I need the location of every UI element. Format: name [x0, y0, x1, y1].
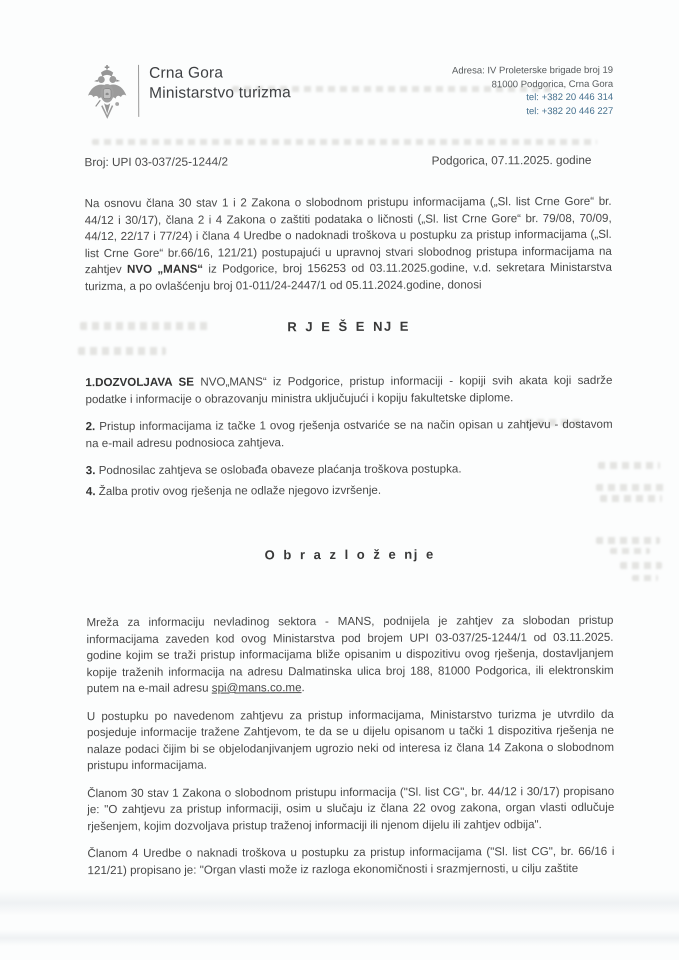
coat-of-arms-icon — [84, 63, 130, 129]
preamble-paragraph: Na osnovu člana 30 stav 1 i 2 Zakona o s… — [85, 194, 612, 295]
email-link[interactable]: spi@mans.co.me — [212, 681, 302, 694]
explanation-text: Mreža za informaciju nevladinog sektora … — [86, 614, 613, 695]
decision-item-text: Pristup informacijama iz tačke 1 ovog rj… — [86, 418, 613, 450]
decision-item-2: 2. Pristup informacijama iz tačke 1 ovog… — [86, 417, 613, 452]
ministry-brand: Crna Gora Ministarstvo turizma — [84, 60, 291, 129]
org-ministry: Ministarstvo turizma — [149, 83, 291, 104]
explanation-paragraph-3: Članom 30 stav 1 Zakona o slobodnom pris… — [87, 783, 614, 835]
document-body: Na osnovu člana 30 stav 1 i 2 Zakona o s… — [85, 194, 615, 879]
letterhead: Crna Gora Ministarstvo turizma Adresa: I… — [84, 59, 613, 129]
decision-item-number: 1.DOZVOLJAVA SE — [85, 376, 194, 389]
phone-line: tel: +382 20 446 227 — [452, 104, 613, 118]
decision-item-1: 1.DOZVOLJAVA SE NVO„MANS“ iz Podgorice, … — [85, 373, 612, 408]
requester-name: NVO „MANS“ — [127, 263, 203, 276]
explanation-paragraph-4: Članom 4 Uredbe o naknadi troškova u pos… — [87, 844, 614, 879]
decision-item-4: 4. Žalba protiv ovog rješenja ne odlaže … — [86, 481, 613, 500]
scan-noise — [0, 930, 679, 946]
reference-number: Broj: UPI 03-037/25-1244/2 — [84, 154, 228, 169]
address-line: Adresa: IV Proleterske brigade broj 19 — [452, 64, 613, 78]
explanation-paragraph-1: Mreža za informaciju nevladinog sektora … — [86, 613, 613, 698]
brand-divider — [138, 65, 139, 117]
decision-item-number: 3. — [86, 464, 96, 477]
explanation-title: O b r a z l o ž e nj e — [86, 546, 613, 563]
place-date: Podgorica, 07.11.2025. godine — [432, 153, 592, 168]
decision-item-number: 4. — [86, 485, 96, 498]
explanation-text: . — [301, 681, 304, 694]
scan-noise — [0, 890, 679, 916]
letterhead-address: Adresa: IV Proleterske brigade broj 19 8… — [452, 59, 613, 119]
document-meta: Broj: UPI 03-037/25-1244/2 Podgorica, 07… — [84, 153, 595, 169]
address-line: 81000 Podgorica, Crna Gora — [452, 77, 613, 91]
decision-title: R J E Š E NJ E — [85, 318, 612, 335]
phone-line: tel: +382 20 446 314 — [452, 91, 613, 105]
decision-item-number: 2. — [86, 420, 96, 433]
explanation-paragraph-2: U postupku po navedenom zahtjevu za pris… — [87, 706, 614, 774]
org-country: Crna Gora — [149, 63, 291, 84]
scanned-document-page: Crna Gora Ministarstvo turizma Adresa: I… — [0, 0, 679, 960]
decision-item-text: Podnosilac zahtjeva se oslobađa obaveze … — [95, 462, 461, 477]
decision-item-3: 3. Podnosilac zahtjeva se oslobađa obave… — [86, 461, 613, 480]
decision-item-text: Žalba protiv ovog rješenja ne odlaže nje… — [96, 483, 382, 497]
